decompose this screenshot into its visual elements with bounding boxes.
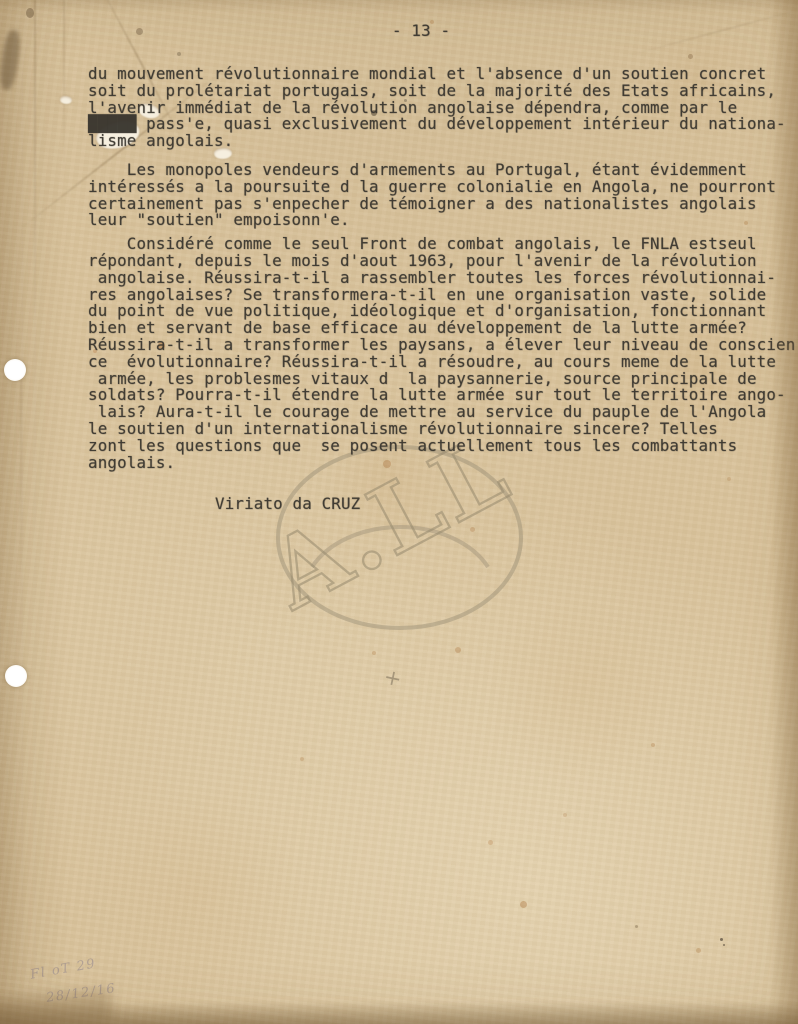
foxing-spot xyxy=(488,840,493,845)
typewritten-line: leur "soutien" empoisonn'e. xyxy=(88,212,798,229)
ink-speck xyxy=(688,54,693,59)
ink-smudge xyxy=(0,29,22,91)
paper-edge-shadow xyxy=(0,1000,798,1024)
stamp-outer-circle-icon xyxy=(278,447,521,628)
foxing-spot xyxy=(520,901,527,908)
ink-speck xyxy=(136,28,143,35)
foxing-spot xyxy=(563,813,567,817)
paper-stain xyxy=(480,600,680,780)
ink-speck xyxy=(26,8,34,18)
paper-stain xyxy=(90,790,310,990)
paragraph: Considéré comme le seul Front de combat … xyxy=(88,236,798,471)
foxing-spot xyxy=(727,477,731,481)
ink-speck xyxy=(720,938,723,941)
document-page: A.LL - 13 - du mouvement révolutionnaire… xyxy=(0,0,798,1024)
ink-speck xyxy=(177,52,181,56)
typewritten-text: du mouvement révolutionnaire mondial et … xyxy=(88,66,798,471)
pencil-annotation: Fl oT 29 xyxy=(29,956,97,982)
author-signature: Viriato da CRUZ xyxy=(215,496,360,513)
foxing-spot xyxy=(372,651,376,655)
typewritten-line: angolais. xyxy=(88,455,798,472)
paper-crease xyxy=(20,380,22,640)
paragraph: Les monopoles vendeurs d'armements au Po… xyxy=(88,162,798,229)
stamp-inner-arc-icon xyxy=(312,527,488,567)
paper-tear xyxy=(60,96,72,104)
paragraph: du mouvement révolutionnaire mondial et … xyxy=(88,66,798,150)
foxing-spot xyxy=(696,948,701,953)
foxing-spot xyxy=(651,743,655,747)
pencil-cross-mark: + xyxy=(382,664,404,691)
foxing-spot xyxy=(300,757,304,761)
page-number: - 13 - xyxy=(392,23,450,40)
typewritten-line: zont les questions que se posent actuell… xyxy=(88,438,798,455)
punch-hole xyxy=(5,665,27,687)
ink-speck xyxy=(635,925,638,928)
punch-hole xyxy=(4,359,26,381)
paper-crease xyxy=(34,0,36,330)
foxing-spot xyxy=(455,647,461,653)
typewritten-line: lisme angolais. xyxy=(88,133,798,150)
pencil-annotation: 28/12/16 xyxy=(45,981,117,1006)
ink-speck xyxy=(723,944,725,946)
foxing-spot xyxy=(470,527,475,532)
paper-crease xyxy=(63,0,65,180)
paper-crease xyxy=(623,4,798,58)
